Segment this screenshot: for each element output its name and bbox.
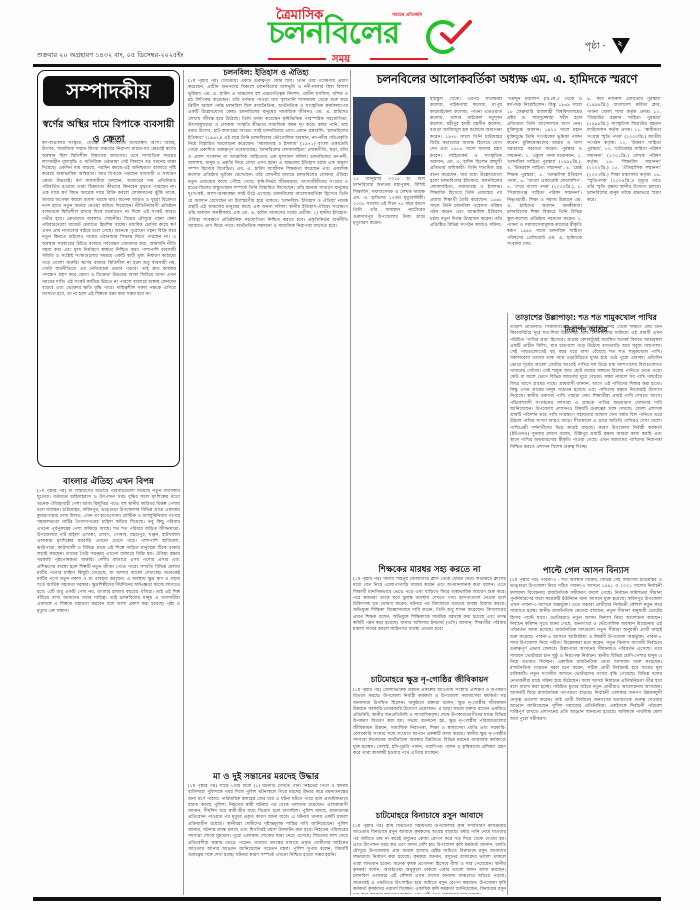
photo-caption: ২৫ জানুয়ারি ২০২৫ ইং ছিল চলনবিলের অন্যতম… xyxy=(353,177,425,312)
page-label: পৃষ্ঠা - xyxy=(585,42,606,52)
page-number: পৃষ্ঠা - ২ xyxy=(585,38,630,54)
page-badge-icon: ২ xyxy=(612,38,630,54)
article-headline-mother-children[interactable]: মা ও দুই সন্তানের মরদেহ উদ্ধার xyxy=(186,770,346,784)
article-headline-teacher[interactable]: শিক্ষকের মারধর সহ্য করতে না xyxy=(352,563,507,577)
article-body-seats: (১ম পৃষ্ঠার পর) পাবনা-৩ : শত অবস্থান বিক… xyxy=(510,578,662,894)
article-headline-garlic[interactable]: চাটমোহরে বিনাচাষে রসুন আবাদে xyxy=(352,810,507,823)
newspaper-logo[interactable]: ত্রৈমাসিক সময়ের প্রতিচ্ছবি চলনবিলের সময… xyxy=(268,6,490,62)
article-body-hamid-col1: হাইস্কুল থেকে। এরপর সাতক্ষীরা কলেজ, পাইক… xyxy=(430,97,502,312)
article-body-heritage: (১ম পৃষ্ঠার পর) যা বিস্তারণের অভাবে পরিব… xyxy=(37,489,180,894)
portrait-photo xyxy=(353,97,425,175)
photo-beard-lower xyxy=(371,145,405,175)
column-divider xyxy=(183,70,184,895)
article-headline-heritage[interactable]: বাংলার ঐতিহ্য এখন বিপন্ন xyxy=(37,475,180,489)
editorial-body: স্বর্ণ-বাঙালির সংস্কৃতি, ঐতিহ্য ও আবেগের… xyxy=(42,141,176,463)
article-body-tadash: তাড়াশ প্রতিনিধি: সিরাজগঞ্জের তাড়াশ উপজ… xyxy=(510,325,662,537)
issue-date: শুক্রবার ২০ অগ্রহায়ণ ১৪৩২ বাং, ০৫ ডিসেম… xyxy=(37,50,183,61)
checkmark-icon xyxy=(438,20,472,48)
editorial-banner: সম্পাদকীয় xyxy=(43,76,174,106)
article-body-hamid-col2: 'তমদ্দুন মজলিস (টি.কে.)' থেকে ও স্বর্ণপদ… xyxy=(507,97,582,312)
footer-rule xyxy=(33,897,661,901)
article-body-chalanbil-history: (১ম পৃষ্ঠার পর) সেটিমধ্যে একটি গুরুত্বপূ… xyxy=(188,79,348,724)
article-headline-seats[interactable]: পাল্টে গেল আসন বিন্যাস xyxy=(510,564,662,578)
masthead: শুক্রবার ২০ অগ্রহায়ণ ১৪৩২ বাং, ০৫ ডিসেম… xyxy=(0,0,700,62)
header-rule xyxy=(33,64,661,67)
article-body-teacher: (১ম পৃষ্ঠার পর) সমস্যা শাহনূর জেলাগিরে ক… xyxy=(353,577,506,667)
article-body-hamid-col3: ৯. 'কবি নজরুল একাডেমি পুরস্কার' (১৯৯৯খ্র… xyxy=(587,97,661,312)
logo-title: চলনবিলের xyxy=(268,18,399,49)
article-body-garlic: (১ম পৃষ্ঠার পর) কৃষি বিভাগের সহায়তায় উ… xyxy=(353,824,506,894)
editorial-box: সম্পাদকীয় স্বর্ণের অস্থির দামে বিপাকে ব… xyxy=(37,70,180,467)
page-number-value: ২ xyxy=(617,38,622,51)
article-headline-hamid[interactable]: চলনবিলের আলোকবর্তিকা অধ্যক্ষ এম. এ. হামি… xyxy=(352,71,662,90)
logo-rule-left xyxy=(268,58,326,60)
column-divider xyxy=(507,313,508,895)
column-divider xyxy=(350,70,351,895)
logo-subtitle-row: সময় xyxy=(268,54,428,64)
article-body-indigenous: (১ম পৃষ্ঠার পর) জেলাভিত্তিক উন্নয়ন প্রক… xyxy=(353,688,506,806)
article-body-mother-children: (১ম পৃষ্ঠার পর) সাড়ে ৮টার দিকে (১) ঘটনা… xyxy=(188,784,348,894)
article-headline-indigenous[interactable]: চাটমোহরে ক্ষুদ্র নৃ-গোষ্ঠির জীবিকায়ন xyxy=(352,674,507,687)
logo-rule-right xyxy=(370,58,428,60)
photo-face xyxy=(369,103,407,145)
